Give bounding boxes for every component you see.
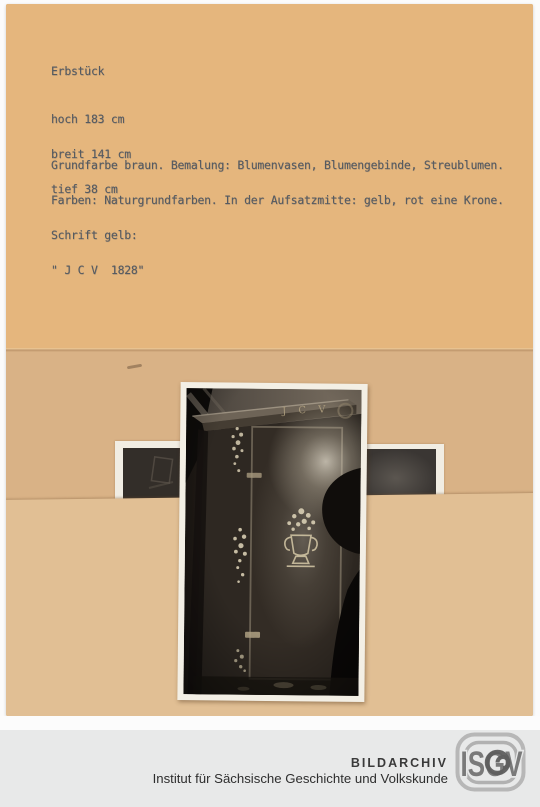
isgv-logo-letters: ISGV xyxy=(461,745,523,784)
description-line: Schrift gelb: xyxy=(51,230,504,242)
description-line: Farben: Naturgrundfarben. In der Aufsatz… xyxy=(51,195,504,207)
object-title: Erbstück xyxy=(51,66,104,78)
scanned-archive-page: Erbstück hoch 183 cm breit 141 cm tief 3… xyxy=(0,0,540,807)
bildarchiv-label: BILDARCHIV xyxy=(153,756,448,770)
institute-label: Institut für Sächsische Geschichte und V… xyxy=(153,771,448,786)
scan-background-strip xyxy=(0,716,540,730)
archive-index-card: Erbstück hoch 183 cm breit 141 cm tief 3… xyxy=(6,4,533,716)
fold-crease xyxy=(6,348,533,352)
paper-smudge xyxy=(127,364,142,370)
description-block: Grundfarbe braun. Bemalung: Blumenvasen,… xyxy=(51,137,504,299)
description-line: " J C V 1828" xyxy=(51,265,504,277)
tucked-photo-right xyxy=(363,444,444,502)
footer-band: BILDARCHIV Institut für Sächsische Gesch… xyxy=(0,730,540,807)
isgv-logo: ISGV xyxy=(455,732,528,794)
main-photograph: J C V xyxy=(177,382,367,702)
footer-text: BILDARCHIV Institut für Sächsische Gesch… xyxy=(153,756,448,786)
description-line: Grundfarbe braun. Bemalung: Blumenvasen,… xyxy=(51,160,504,172)
wardrobe-photo-scene: J C V xyxy=(183,388,361,696)
dimension-height: hoch 183 cm xyxy=(51,114,131,126)
tucked-photo-left xyxy=(115,441,187,505)
tucked-photo-left-image xyxy=(123,448,187,505)
photo-vignette xyxy=(183,388,361,696)
